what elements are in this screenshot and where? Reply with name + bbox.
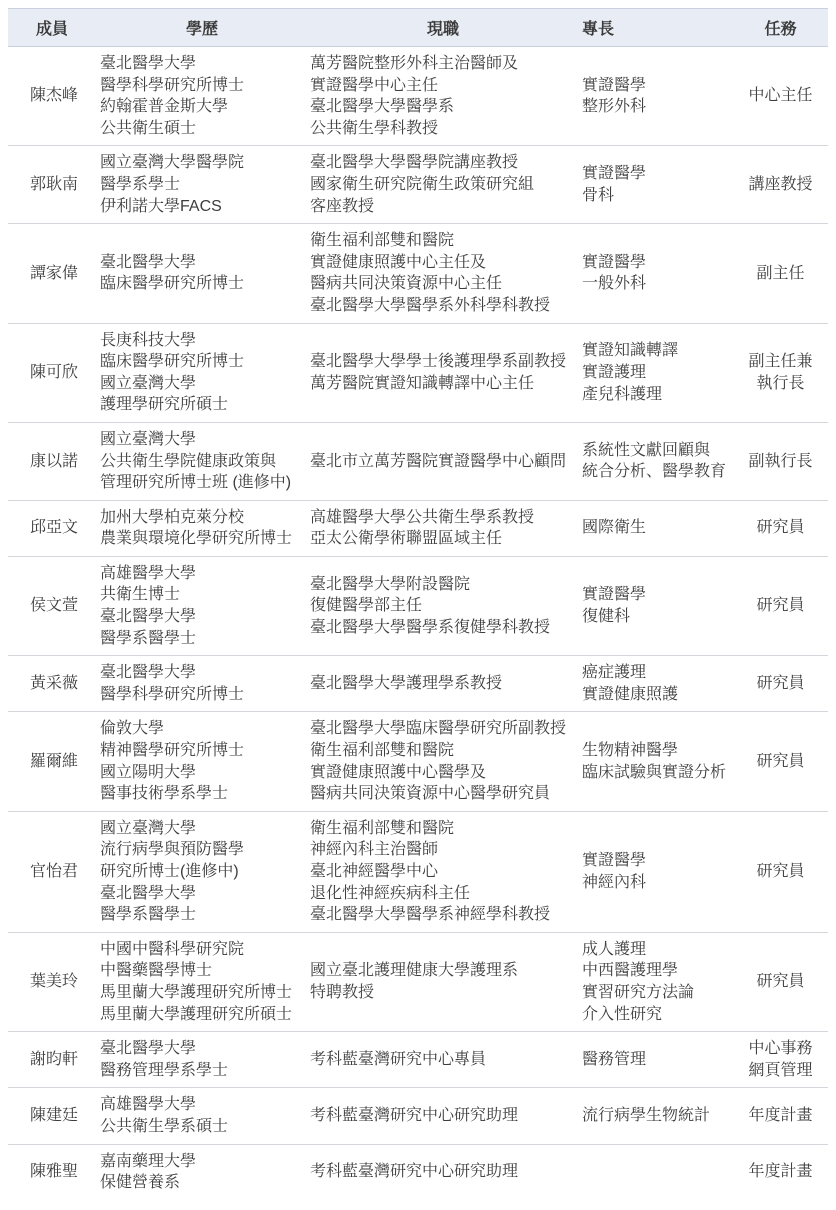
cell-line: 實證醫學中心主任 [310,75,578,97]
cell-line: 臺北醫學大學醫學系復健學科教授 [310,617,578,639]
role-cell: 研究員 [733,656,828,712]
cell-line: 流行病學生物統計 [582,1105,733,1127]
position-cell: 臺北醫學大學醫學院講座教授國家衛生研究院衛生政策研究組客座教授 [308,146,578,224]
cell-line: 衛生福利部雙和醫院 [310,230,578,252]
specialty-cell: 醫務管理 [578,1032,733,1088]
cell-line: 國立臺灣大學 [100,818,308,840]
education-cell: 高雄醫學大學公共衛生學系碩士 [96,1088,308,1144]
cell-line: 中心事務 [733,1038,828,1060]
cell-line: 副主任兼 [733,351,828,373]
table-row: 羅爾維倫敦大學精神醫學研究所博士國立陽明大學醫事技術學系學士臺北醫學大學臨床醫學… [8,712,828,811]
page: 成員 學歷 現職 專長 任務 陳杰峰臺北醫學大學醫學科學研究所博士約翰霍普金斯大… [0,0,836,1210]
cell-line: 復健科 [582,606,733,628]
cell-line: 臺北醫學大學醫學系外科學科教授 [310,295,578,317]
member-name-cell: 陳可欣 [8,323,96,422]
table-row: 陳可欣長庚科技大學臨床醫學研究所博士國立臺灣大學護理學研究所碩士臺北醫學大學學士… [8,323,828,422]
position-cell: 萬芳醫院整形外科主治醫師及實證醫學中心主任臺北醫學大學醫學系公共衛生學科教授 [308,47,578,146]
specialty-cell: 實證醫學復健科 [578,556,733,655]
position-cell: 國立臺北護理健康大學護理系特聘教授 [308,932,578,1031]
specialty-cell [578,1144,733,1200]
cell-line: 萬芳醫院整形外科主治醫師及 [310,53,578,75]
specialty-cell: 實證醫學神經內科 [578,811,733,932]
cell-line: 臺北醫學大學臨床醫學研究所副教授 [310,718,578,740]
cell-line: 黃采薇 [30,673,96,695]
table-header: 成員 學歷 現職 專長 任務 [8,9,828,47]
member-name-cell: 郭耿南 [8,146,96,224]
table-row: 葉美玲中國中醫科學研究院中醫藥醫學博士馬里蘭大學護理研究所博士馬里蘭大學護理研究… [8,932,828,1031]
position-cell: 臺北醫學大學附設醫院復健醫學部主任臺北醫學大學醫學系復健學科教授 [308,556,578,655]
cell-line: 臺北市立萬芳醫院實證醫學中心顧問 [310,451,578,473]
role-cell: 副執行長 [733,422,828,500]
cell-line: 臺北醫學大學 [100,883,308,905]
cell-line: 國立陽明大學 [100,762,308,784]
cell-line: 醫學科學研究所博士 [100,684,308,706]
member-name-cell: 陳杰峰 [8,47,96,146]
cell-line: 臺北神經醫學中心 [310,861,578,883]
cell-line: 伊利諾大學FACS [100,196,308,218]
header-education: 學歷 [96,9,308,47]
cell-line: 邱亞文 [30,517,96,539]
cell-line: 譚家偉 [30,263,96,285]
cell-line: 臨床醫學研究所博士 [100,273,308,295]
role-cell: 研究員 [733,712,828,811]
specialty-cell: 實證醫學整形外科 [578,47,733,146]
cell-line: 考科藍臺灣研究中心專員 [310,1049,578,1071]
member-name-cell: 邱亞文 [8,500,96,556]
table-row: 黃采薇臺北醫學大學醫學科學研究所博士臺北醫學大學護理學系教授癌症護理實證健康照護… [8,656,828,712]
cell-line: 實證健康照護中心醫學及 [310,762,578,784]
cell-line: 護理學研究所碩士 [100,394,308,416]
cell-line: 衛生福利部雙和醫院 [310,740,578,762]
role-cell: 研究員 [733,500,828,556]
table-row: 郭耿南國立臺灣大學醫學院醫學系學士伊利諾大學FACS臺北醫學大學醫學院講座教授國… [8,146,828,224]
cell-line: 康以諾 [30,451,96,473]
cell-line: 羅爾維 [30,751,96,773]
cell-line: 實證醫學 [582,163,733,185]
cell-line: 研究員 [733,673,828,695]
member-name-cell: 官怡君 [8,811,96,932]
cell-line: 醫學系醫學士 [100,904,308,926]
specialty-cell: 實證醫學一般外科 [578,224,733,323]
role-cell: 研究員 [733,932,828,1031]
specialty-cell: 癌症護理實證健康照護 [578,656,733,712]
cell-line: 實證醫學 [582,75,733,97]
cell-line: 陳杰峰 [30,85,96,107]
cell-line: 統合分析、醫學教育 [582,461,733,483]
role-cell: 講座教授 [733,146,828,224]
member-name-cell: 羅爾維 [8,712,96,811]
cell-line: 嘉南藥理大學 [100,1151,308,1173]
member-name-cell: 謝昀軒 [8,1032,96,1088]
cell-line: 骨科 [582,185,733,207]
header-member: 成員 [8,9,96,47]
cell-line: 研究員 [733,517,828,539]
cell-line: 醫病共同決策資源中心主任 [310,273,578,295]
role-cell: 中心事務網頁管理 [733,1032,828,1088]
education-cell: 國立臺灣大學醫學院醫學系學士伊利諾大學FACS [96,146,308,224]
cell-line: 客座教授 [310,196,578,218]
role-cell: 研究員 [733,556,828,655]
cell-line: 醫事技術學系學士 [100,783,308,805]
cell-line: 中醫藥醫學博士 [100,960,308,982]
cell-line: 整形外科 [582,96,733,118]
cell-line: 公共衛生學系碩士 [100,1116,308,1138]
cell-line: 研究所博士(進修中) [100,861,308,883]
table-row: 謝昀軒臺北醫學大學醫務管理學系學士考科藍臺灣研究中心專員醫務管理中心事務網頁管理 [8,1032,828,1088]
cell-line: 臺北醫學大學 [100,662,308,684]
header-role: 任務 [733,9,828,47]
cell-line: 國立臺灣大學醫學院 [100,152,308,174]
education-cell: 嘉南藥理大學保健營養系 [96,1144,308,1200]
specialty-cell: 系統性文獻回顧與統合分析、醫學教育 [578,422,733,500]
cell-line: 約翰霍普金斯大學 [100,96,308,118]
role-cell: 研究員 [733,811,828,932]
cell-line: 一般外科 [582,273,733,295]
cell-line: 研究員 [733,971,828,993]
education-cell: 國立臺灣大學流行病學與預防醫學研究所博士(進修中)臺北醫學大學醫學系醫學士 [96,811,308,932]
position-cell: 臺北市立萬芳醫院實證醫學中心顧問 [308,422,578,500]
specialty-cell: 實證知識轉譯實證護理產兒科護理 [578,323,733,422]
cell-line: 公共衛生學院健康政策與 [100,451,308,473]
cell-line: 陳建廷 [30,1105,96,1127]
cell-line: 高雄醫學大學 [100,1094,308,1116]
cell-line: 實證醫學 [582,584,733,606]
cell-line: 實證醫學 [582,850,733,872]
cell-line: 實習研究方法論 [582,982,733,1004]
education-cell: 國立臺灣大學公共衛生學院健康政策與管理研究所博士班 (進修中) [96,422,308,500]
cell-line: 加州大學柏克萊分校 [100,507,308,529]
cell-line: 臺北醫學大學 [100,53,308,75]
cell-line: 臺北醫學大學醫學院講座教授 [310,152,578,174]
specialty-cell: 實證醫學骨科 [578,146,733,224]
cell-line: 副主任 [733,263,828,285]
position-cell: 考科藍臺灣研究中心研究助理 [308,1088,578,1144]
table-row: 譚家偉臺北醫學大學臨床醫學研究所博士衛生福利部雙和醫院實證健康照護中心主任及醫病… [8,224,828,323]
table-row: 官怡君國立臺灣大學流行病學與預防醫學研究所博士(進修中)臺北醫學大學醫學系醫學士… [8,811,828,932]
cell-line: 國家衛生研究院衛生政策研究組 [310,174,578,196]
cell-line: 醫務管理學系學士 [100,1060,308,1082]
position-cell: 臺北醫學大學護理學系教授 [308,656,578,712]
specialty-cell: 生物精神醫學臨床試驗與實證分析 [578,712,733,811]
cell-line: 考科藍臺灣研究中心研究助理 [310,1161,578,1183]
header-position: 現職 [308,9,578,47]
cell-line: 謝昀軒 [30,1049,96,1071]
education-cell: 臺北醫學大學臨床醫學研究所博士 [96,224,308,323]
member-name-cell: 黃采薇 [8,656,96,712]
cell-line: 生物精神醫學 [582,740,733,762]
education-cell: 臺北醫學大學醫學科學研究所博士 [96,656,308,712]
table-row: 侯文萱高雄醫學大學共衛生博士臺北醫學大學醫學系醫學士臺北醫學大學附設醫院復健醫學… [8,556,828,655]
education-cell: 加州大學柏克萊分校農業與環境化學研究所博士 [96,500,308,556]
cell-line: 實證健康照護中心主任及 [310,252,578,274]
cell-line: 系統性文獻回顧與 [582,440,733,462]
cell-line: 臺北醫學大學醫學系 [310,96,578,118]
cell-line: 中國中醫科學研究院 [100,939,308,961]
cell-line: 長庚科技大學 [100,330,308,352]
position-cell: 考科藍臺灣研究中心研究助理 [308,1144,578,1200]
member-name-cell: 陳建廷 [8,1088,96,1144]
cell-line: 研究員 [733,595,828,617]
specialty-cell: 流行病學生物統計 [578,1088,733,1144]
cell-line: 衛生福利部雙和醫院 [310,818,578,840]
cell-line: 公共衛生學科教授 [310,118,578,140]
role-cell: 副主任 [733,224,828,323]
cell-line: 郭耿南 [30,174,96,196]
cell-line: 陳可欣 [30,362,96,384]
cell-line: 實證健康照護 [582,684,733,706]
education-cell: 臺北醫學大學醫學科學研究所博士約翰霍普金斯大學公共衛生碩士 [96,47,308,146]
position-cell: 高雄醫學大學公共衛生學系教授亞太公衛學術聯盟區域主任 [308,500,578,556]
role-cell: 副主任兼執行長 [733,323,828,422]
role-cell: 年度計畫 [733,1144,828,1200]
cell-line: 介入性研究 [582,1004,733,1026]
cell-line: 侯文萱 [30,595,96,617]
cell-line: 退化性神經疾病科主任 [310,883,578,905]
cell-line: 國立臺灣大學 [100,373,308,395]
position-cell: 考科藍臺灣研究中心專員 [308,1032,578,1088]
member-name-cell: 葉美玲 [8,932,96,1031]
member-name-cell: 陳雅聖 [8,1144,96,1200]
cell-line: 產兒科護理 [582,384,733,406]
position-cell: 臺北醫學大學學士後護理學系副教授萬芳醫院實證知識轉譯中心主任 [308,323,578,422]
members-tbody: 陳杰峰臺北醫學大學醫學科學研究所博士約翰霍普金斯大學公共衛生碩士萬芳醫院整形外科… [8,47,828,1200]
position-cell: 臺北醫學大學臨床醫學研究所副教授衛生福利部雙和醫院實證健康照護中心醫學及醫病共同… [308,712,578,811]
cell-line: 醫學系醫學士 [100,628,308,650]
cell-line: 執行長 [733,373,828,395]
cell-line: 萬芳醫院實證知識轉譯中心主任 [310,373,578,395]
cell-line: 講座教授 [733,174,828,196]
table-row: 邱亞文加州大學柏克萊分校農業與環境化學研究所博士高雄醫學大學公共衛生學系教授亞太… [8,500,828,556]
member-name-cell: 康以諾 [8,422,96,500]
cell-line: 成人護理 [582,939,733,961]
cell-line: 臺北醫學大學學士後護理學系副教授 [310,351,578,373]
specialty-cell: 成人護理中西醫護理學實習研究方法論介入性研究 [578,932,733,1031]
header-specialty: 專長 [578,9,733,47]
education-cell: 倫敦大學精神醫學研究所博士國立陽明大學醫事技術學系學士 [96,712,308,811]
cell-line: 臺北醫學大學護理學系教授 [310,673,578,695]
cell-line: 高雄醫學大學公共衛生學系教授 [310,507,578,529]
position-cell: 衛生福利部雙和醫院實證健康照護中心主任及醫病共同決策資源中心主任臺北醫學大學醫學… [308,224,578,323]
table-row: 康以諾國立臺灣大學公共衛生學院健康政策與管理研究所博士班 (進修中)臺北市立萬芳… [8,422,828,500]
role-cell: 中心主任 [733,47,828,146]
team-members-table: 成員 學歷 現職 專長 任務 陳杰峰臺北醫學大學醫學科學研究所博士約翰霍普金斯大… [8,8,828,1200]
cell-line: 網頁管理 [733,1060,828,1082]
cell-line: 中西醫護理學 [582,960,733,982]
cell-line: 醫務管理 [582,1049,733,1071]
cell-line: 臺北醫學大學 [100,1038,308,1060]
cell-line: 神經內科主治醫師 [310,839,578,861]
education-cell: 中國中醫科學研究院中醫藥醫學博士馬里蘭大學護理研究所博士馬里蘭大學護理研究所碩士 [96,932,308,1031]
cell-line: 副執行長 [733,451,828,473]
cell-line: 考科藍臺灣研究中心研究助理 [310,1105,578,1127]
cell-line: 流行病學與預防醫學 [100,839,308,861]
cell-line: 高雄醫學大學 [100,563,308,585]
table-row: 陳杰峰臺北醫學大學醫學科學研究所博士約翰霍普金斯大學公共衛生碩士萬芳醫院整形外科… [8,47,828,146]
cell-line: 保健營養系 [100,1172,308,1194]
cell-line: 實證醫學 [582,252,733,274]
cell-line: 臺北醫學大學 [100,606,308,628]
cell-line: 年度計畫 [733,1161,828,1183]
cell-line: 醫學科學研究所博士 [100,75,308,97]
cell-line: 倫敦大學 [100,718,308,740]
header-row: 成員 學歷 現職 專長 任務 [8,9,828,47]
cell-line: 復健醫學部主任 [310,595,578,617]
cell-line: 國立臺北護理健康大學護理系 [310,960,578,982]
cell-line: 醫學系學士 [100,174,308,196]
cell-line: 國際衛生 [582,517,733,539]
cell-line: 年度計畫 [733,1105,828,1127]
specialty-cell: 國際衛生 [578,500,733,556]
cell-line: 陳雅聖 [30,1161,96,1183]
cell-line: 癌症護理 [582,662,733,684]
cell-line: 馬里蘭大學護理研究所博士 [100,982,308,1004]
cell-line: 臨床醫學研究所博士 [100,351,308,373]
cell-line: 實證知識轉譯 [582,340,733,362]
cell-line: 葉美玲 [30,971,96,993]
education-cell: 臺北醫學大學醫務管理學系學士 [96,1032,308,1088]
cell-line: 臺北醫學大學附設醫院 [310,574,578,596]
education-cell: 長庚科技大學臨床醫學研究所博士國立臺灣大學護理學研究所碩士 [96,323,308,422]
member-name-cell: 侯文萱 [8,556,96,655]
cell-line: 精神醫學研究所博士 [100,740,308,762]
position-cell: 衛生福利部雙和醫院神經內科主治醫師臺北神經醫學中心退化性神經疾病科主任臺北醫學大… [308,811,578,932]
cell-line: 神經內科 [582,872,733,894]
cell-line: 特聘教授 [310,982,578,1004]
cell-line: 官怡君 [30,861,96,883]
cell-line: 臺北醫學大學 [100,252,308,274]
table-row: 陳雅聖嘉南藥理大學保健營養系考科藍臺灣研究中心研究助理年度計畫 [8,1144,828,1200]
cell-line: 臺北醫學大學醫學系神經學科教授 [310,904,578,926]
education-cell: 高雄醫學大學共衛生博士臺北醫學大學醫學系醫學士 [96,556,308,655]
role-cell: 年度計畫 [733,1088,828,1144]
cell-line: 醫病共同決策資源中心醫學研究員 [310,783,578,805]
cell-line: 中心主任 [733,85,828,107]
cell-line: 亞太公衛學術聯盟區域主任 [310,528,578,550]
cell-line: 臨床試驗與實證分析 [582,762,733,784]
cell-line: 國立臺灣大學 [100,429,308,451]
cell-line: 研究員 [733,861,828,883]
cell-line: 農業與環境化學研究所博士 [100,528,308,550]
cell-line: 公共衛生碩士 [100,118,308,140]
cell-line: 馬里蘭大學護理研究所碩士 [100,1004,308,1026]
table-row: 陳建廷高雄醫學大學公共衛生學系碩士考科藍臺灣研究中心研究助理流行病學生物統計年度… [8,1088,828,1144]
cell-line: 研究員 [733,751,828,773]
member-name-cell: 譚家偉 [8,224,96,323]
cell-line: 共衛生博士 [100,584,308,606]
cell-line: 管理研究所博士班 (進修中) [100,472,308,494]
cell-line: 實證護理 [582,362,733,384]
